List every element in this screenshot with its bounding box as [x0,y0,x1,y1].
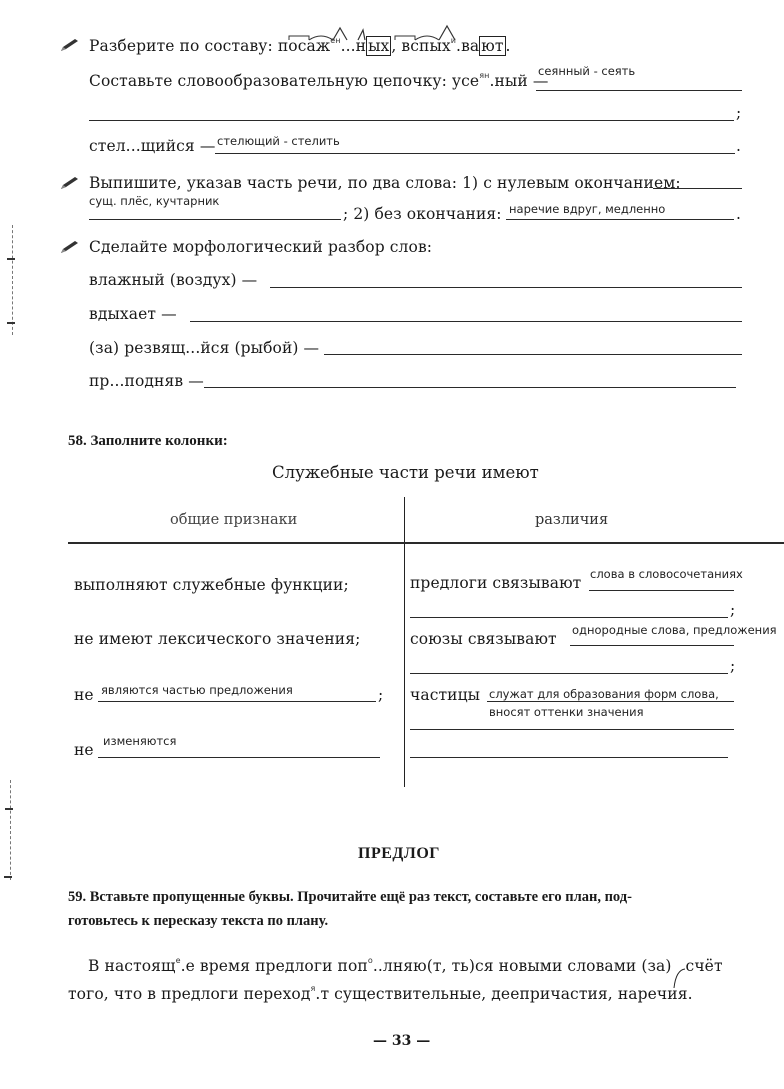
task-instructions: Вставьте пропущенные буквы. Прочитайте е… [90,889,632,905]
period: . [736,137,741,155]
pencil-icon [60,240,80,254]
col-header-common: общие признаки [170,512,297,528]
answer-line [215,153,735,154]
handwritten-letters: е [176,956,181,965]
chain-answer[interactable]: сеянный - сеять [538,64,635,78]
answer-line[interactable] [270,287,742,288]
answer-line [487,701,734,702]
answer-line[interactable] [204,387,736,388]
margin-tick [7,258,15,260]
answer-line [506,219,734,220]
margin-binding-line [12,225,13,335]
section-title: ПРЕДЛОГ [358,845,440,863]
text-part: того, что в предлоги переход [68,985,311,1003]
no-ending-answer[interactable]: наречие вдруг, медленно [509,202,665,216]
task-58-heading: 58. Заполните колонки: [68,433,228,450]
answer-line [98,701,376,702]
margin-binding-line [10,780,11,880]
morph-item-label: вдыхает — [89,305,177,323]
pencil-icon [60,38,80,52]
difference-answer[interactable]: вносят оттенки значения [489,705,644,719]
answer-line [89,219,341,220]
answer-line [536,90,742,91]
stel-word: стел...щийся — [89,137,215,155]
col-header-differences: различия [535,512,608,528]
answer-line [589,590,734,591]
answer-line [570,645,734,646]
table-title: Служебные части речи имеют [272,463,539,482]
chain-task: Составьте словообразовательную цепочку: … [89,72,548,90]
margin-tick [4,876,12,878]
difference-answer[interactable]: слова в словосочетаниях [590,567,743,581]
exercise-text-line: В настояще.е время предлоги попо..лняю(т… [88,957,723,975]
common-feature-prefix: не [74,686,94,704]
zero-ending-prompt: Выпишите, указав часть речи, по два слов… [89,174,681,192]
text-part: .е время предлоги поп [181,957,368,975]
morpheme-marks [285,24,475,44]
difference-label: частицы [410,686,480,704]
answer-line [410,673,728,674]
handwritten-letters: я [311,984,316,993]
common-feature-answer[interactable]: являются частью предложения [101,683,293,697]
answer-line[interactable] [190,321,742,322]
table-header-rule [68,542,784,544]
common-feature-answer[interactable]: изменяются [103,734,176,748]
semicolon: ; [730,657,735,675]
difference-label: предлоги связывают [410,574,581,592]
morph-item-label: (за) резвящ...йся (рыбой) — [89,339,319,357]
text-part: В настоящ [88,957,176,975]
answer-line [410,617,728,618]
pencil-icon [60,176,80,190]
stel-answer[interactable]: стелющий - стелить [217,134,340,148]
table-divider [404,497,405,787]
no-ending-prompt: ; 2) без окончания: [343,205,502,223]
zero-ending-answer[interactable]: сущ. плёс, кучтарник [89,194,219,208]
difference-answer[interactable]: служат для образования форм слова, [489,687,719,701]
answer-line [410,729,734,730]
answer-line [98,757,380,758]
semicolon: ; [730,601,735,619]
task-number: 59. [68,889,86,905]
task-59-heading: 59. Вставьте пропущенные буквы. Прочитай… [68,889,632,906]
task-59-heading-cont: готовьтесь к пересказу текста по плану. [68,913,328,930]
morph-prompt: Сделайте морфологический разбор слов: [89,238,432,256]
answer-line[interactable] [324,354,742,355]
semicolon: ; [378,686,383,704]
answer-line [653,188,742,189]
parse-trail: . [506,37,511,55]
morph-item-label: влажный (воздух) — [89,271,257,289]
text-part: счёт [686,957,723,975]
common-feature: не имеют лексического значения; [74,630,360,648]
answer-line [410,757,728,758]
handwritten-letters: о [368,956,373,965]
difference-label: союзы связывают [410,630,557,648]
ending-box: ют [479,36,505,56]
exercise-text-line: того, что в предлоги переходя.т существи… [68,985,693,1003]
period: . [736,205,741,223]
difference-answer[interactable]: однородные слова, предложения [572,623,777,637]
page-number: — 33 — [373,1033,430,1049]
morph-item-label: пр...подняв — [89,372,204,390]
common-feature-prefix: не [74,741,94,759]
semicolon: ; [736,104,741,122]
text-part: ..лняю(т, ть)ся новыми словами (за) [373,957,672,975]
answer-line [89,120,734,121]
margin-tick [7,322,15,324]
margin-tick [5,808,13,810]
text-part: .т существительные, деепричастия, наречи… [315,985,692,1003]
common-feature: выполняют служебные функции; [74,576,349,594]
parse-prompt: Разберите по составу: [89,37,278,55]
chain-prompt: Составьте словообразовательную цепочку: … [89,72,479,90]
handwritten-letters: ян [479,71,489,80]
